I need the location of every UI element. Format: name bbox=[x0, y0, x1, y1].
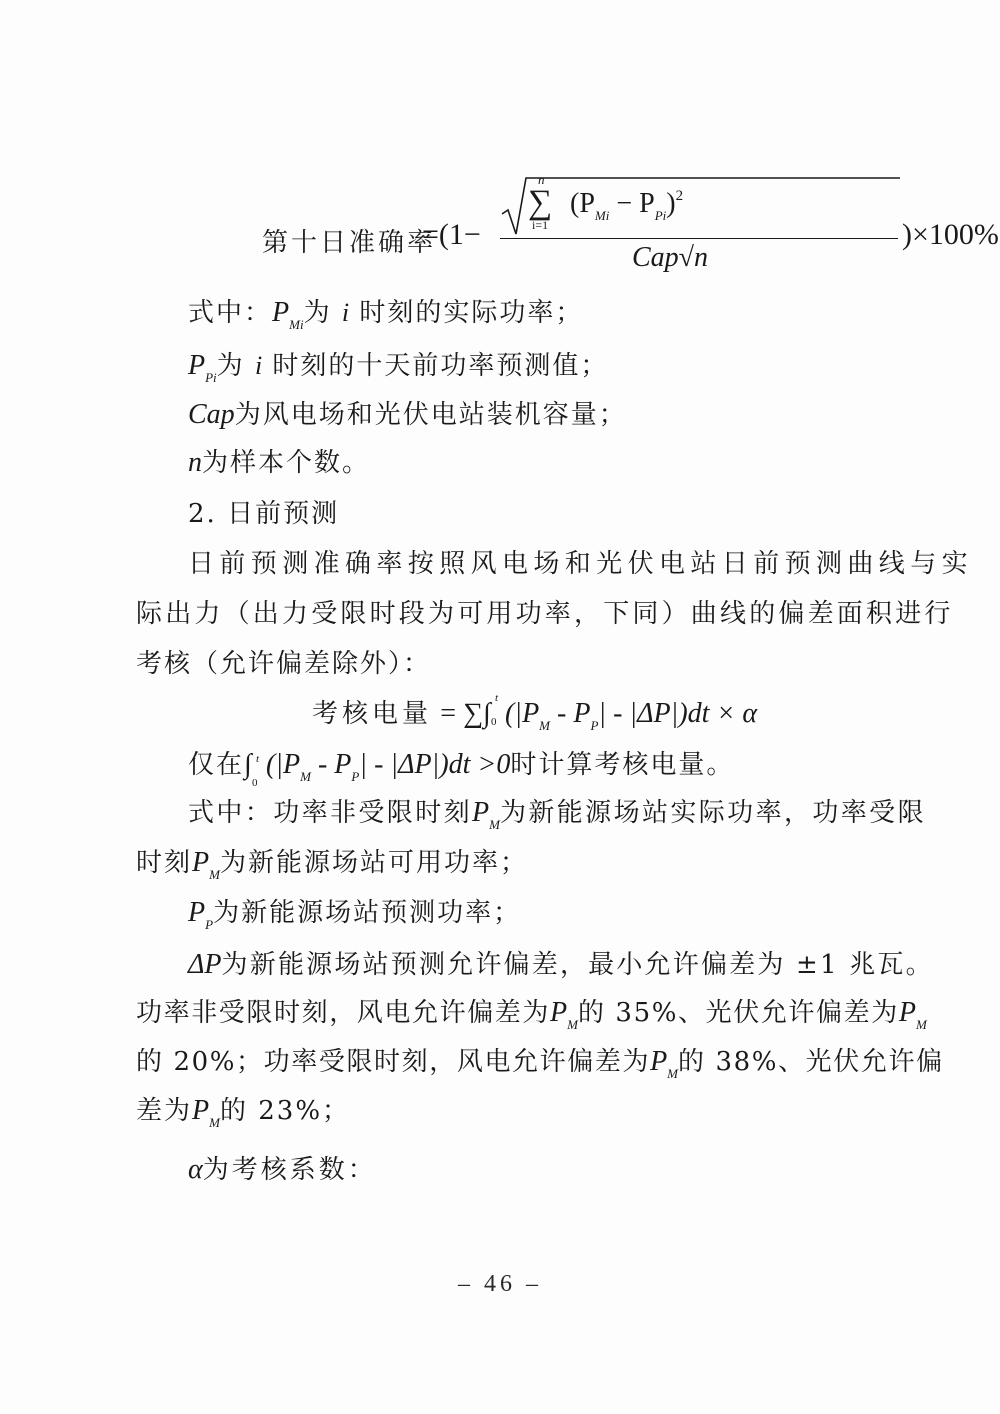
definition-P-M-line1: 式中：功率非受限时刻PM为新能源场站实际功率，功率受限 bbox=[188, 796, 926, 842]
deviation-line3: 的 20%；功率受限时刻，风电允许偏差为PM的 38%、光伏允许偏 bbox=[136, 1045, 944, 1091]
definition-Cap: Cap为风电场和光伏电站装机容量； bbox=[188, 398, 627, 432]
definition-P-Mi: 式中：PMi为 i 时刻的实际功率； bbox=[188, 296, 583, 342]
paragraph-line: 日前预测准确率按照风电场和光伏电站日前预测曲线与实 bbox=[188, 547, 973, 581]
definition-P-P: PP为新能源场站预测功率； bbox=[188, 896, 521, 942]
formula-denominator: Cap√n bbox=[632, 242, 708, 274]
integral-icon: ∫t0 bbox=[483, 698, 505, 730]
formula-fraction: n ∑ i=1 (PMi − PPi)2 Cap√n )×100% bbox=[500, 172, 910, 282]
numerator-expression: (PMi − PPi)2 bbox=[570, 188, 683, 224]
definition-n: n为样本个数。 bbox=[188, 446, 370, 480]
formula-label: 第十日准确率 bbox=[262, 222, 436, 259]
section-heading: 2. 日前预测 bbox=[188, 497, 339, 531]
assessment-energy-formula: 考核电量 = ∑∫t0(|PM - PP| - |ΔP|)dt × α bbox=[312, 693, 757, 734]
formula-numerator: n ∑ i=1 (PMi − PPi)2 bbox=[500, 172, 910, 234]
paragraph-line: 考核（允许偏差除外）： bbox=[136, 647, 431, 681]
formula-equals-open: =(1− bbox=[422, 218, 481, 252]
page-number: – 46 – bbox=[0, 1271, 1000, 1298]
paragraph-line: 际出力（出力受限时段为可用功率，下同）曲线的偏差面积进行 bbox=[136, 597, 954, 631]
deviation-line4: 差为PM的 23%； bbox=[136, 1094, 350, 1140]
sum-lower-limit: i=1 bbox=[532, 218, 548, 233]
definition-P-M-line2: 时刻PM为新能源场站可用功率； bbox=[136, 846, 528, 892]
sigma-icon: ∑ bbox=[528, 184, 552, 222]
alpha-definition: α为考核系数： bbox=[188, 1153, 377, 1187]
condition-line: 仅在∫t0(|PM - PP| - |ΔP|)dt >0时计算考核电量。 bbox=[188, 748, 734, 794]
tenth-day-accuracy-formula: 第十日准确率 =(1− n ∑ i=1 (PMi − PPi)2 Cap√n )… bbox=[262, 172, 762, 282]
definition-P-Pi: PPi为 i 时刻的十天前功率预测值； bbox=[188, 349, 608, 395]
fraction-bar bbox=[500, 238, 898, 239]
deviation-line1: ΔP为新能源场站预测允许偏差，最小允许偏差为 ±1 兆瓦。 bbox=[188, 948, 934, 982]
document-page: 第十日准确率 =(1− n ∑ i=1 (PMi − PPi)2 Cap√n )… bbox=[0, 0, 1000, 1414]
integral-icon: ∫t0 bbox=[244, 748, 266, 782]
square-root-sign-icon bbox=[500, 176, 900, 236]
formula-tail: )×100% bbox=[902, 218, 999, 252]
deviation-line2: 功率非受限时刻，风电允许偏差为PM的 35%、光伏允许偏差为PM bbox=[136, 996, 927, 1042]
